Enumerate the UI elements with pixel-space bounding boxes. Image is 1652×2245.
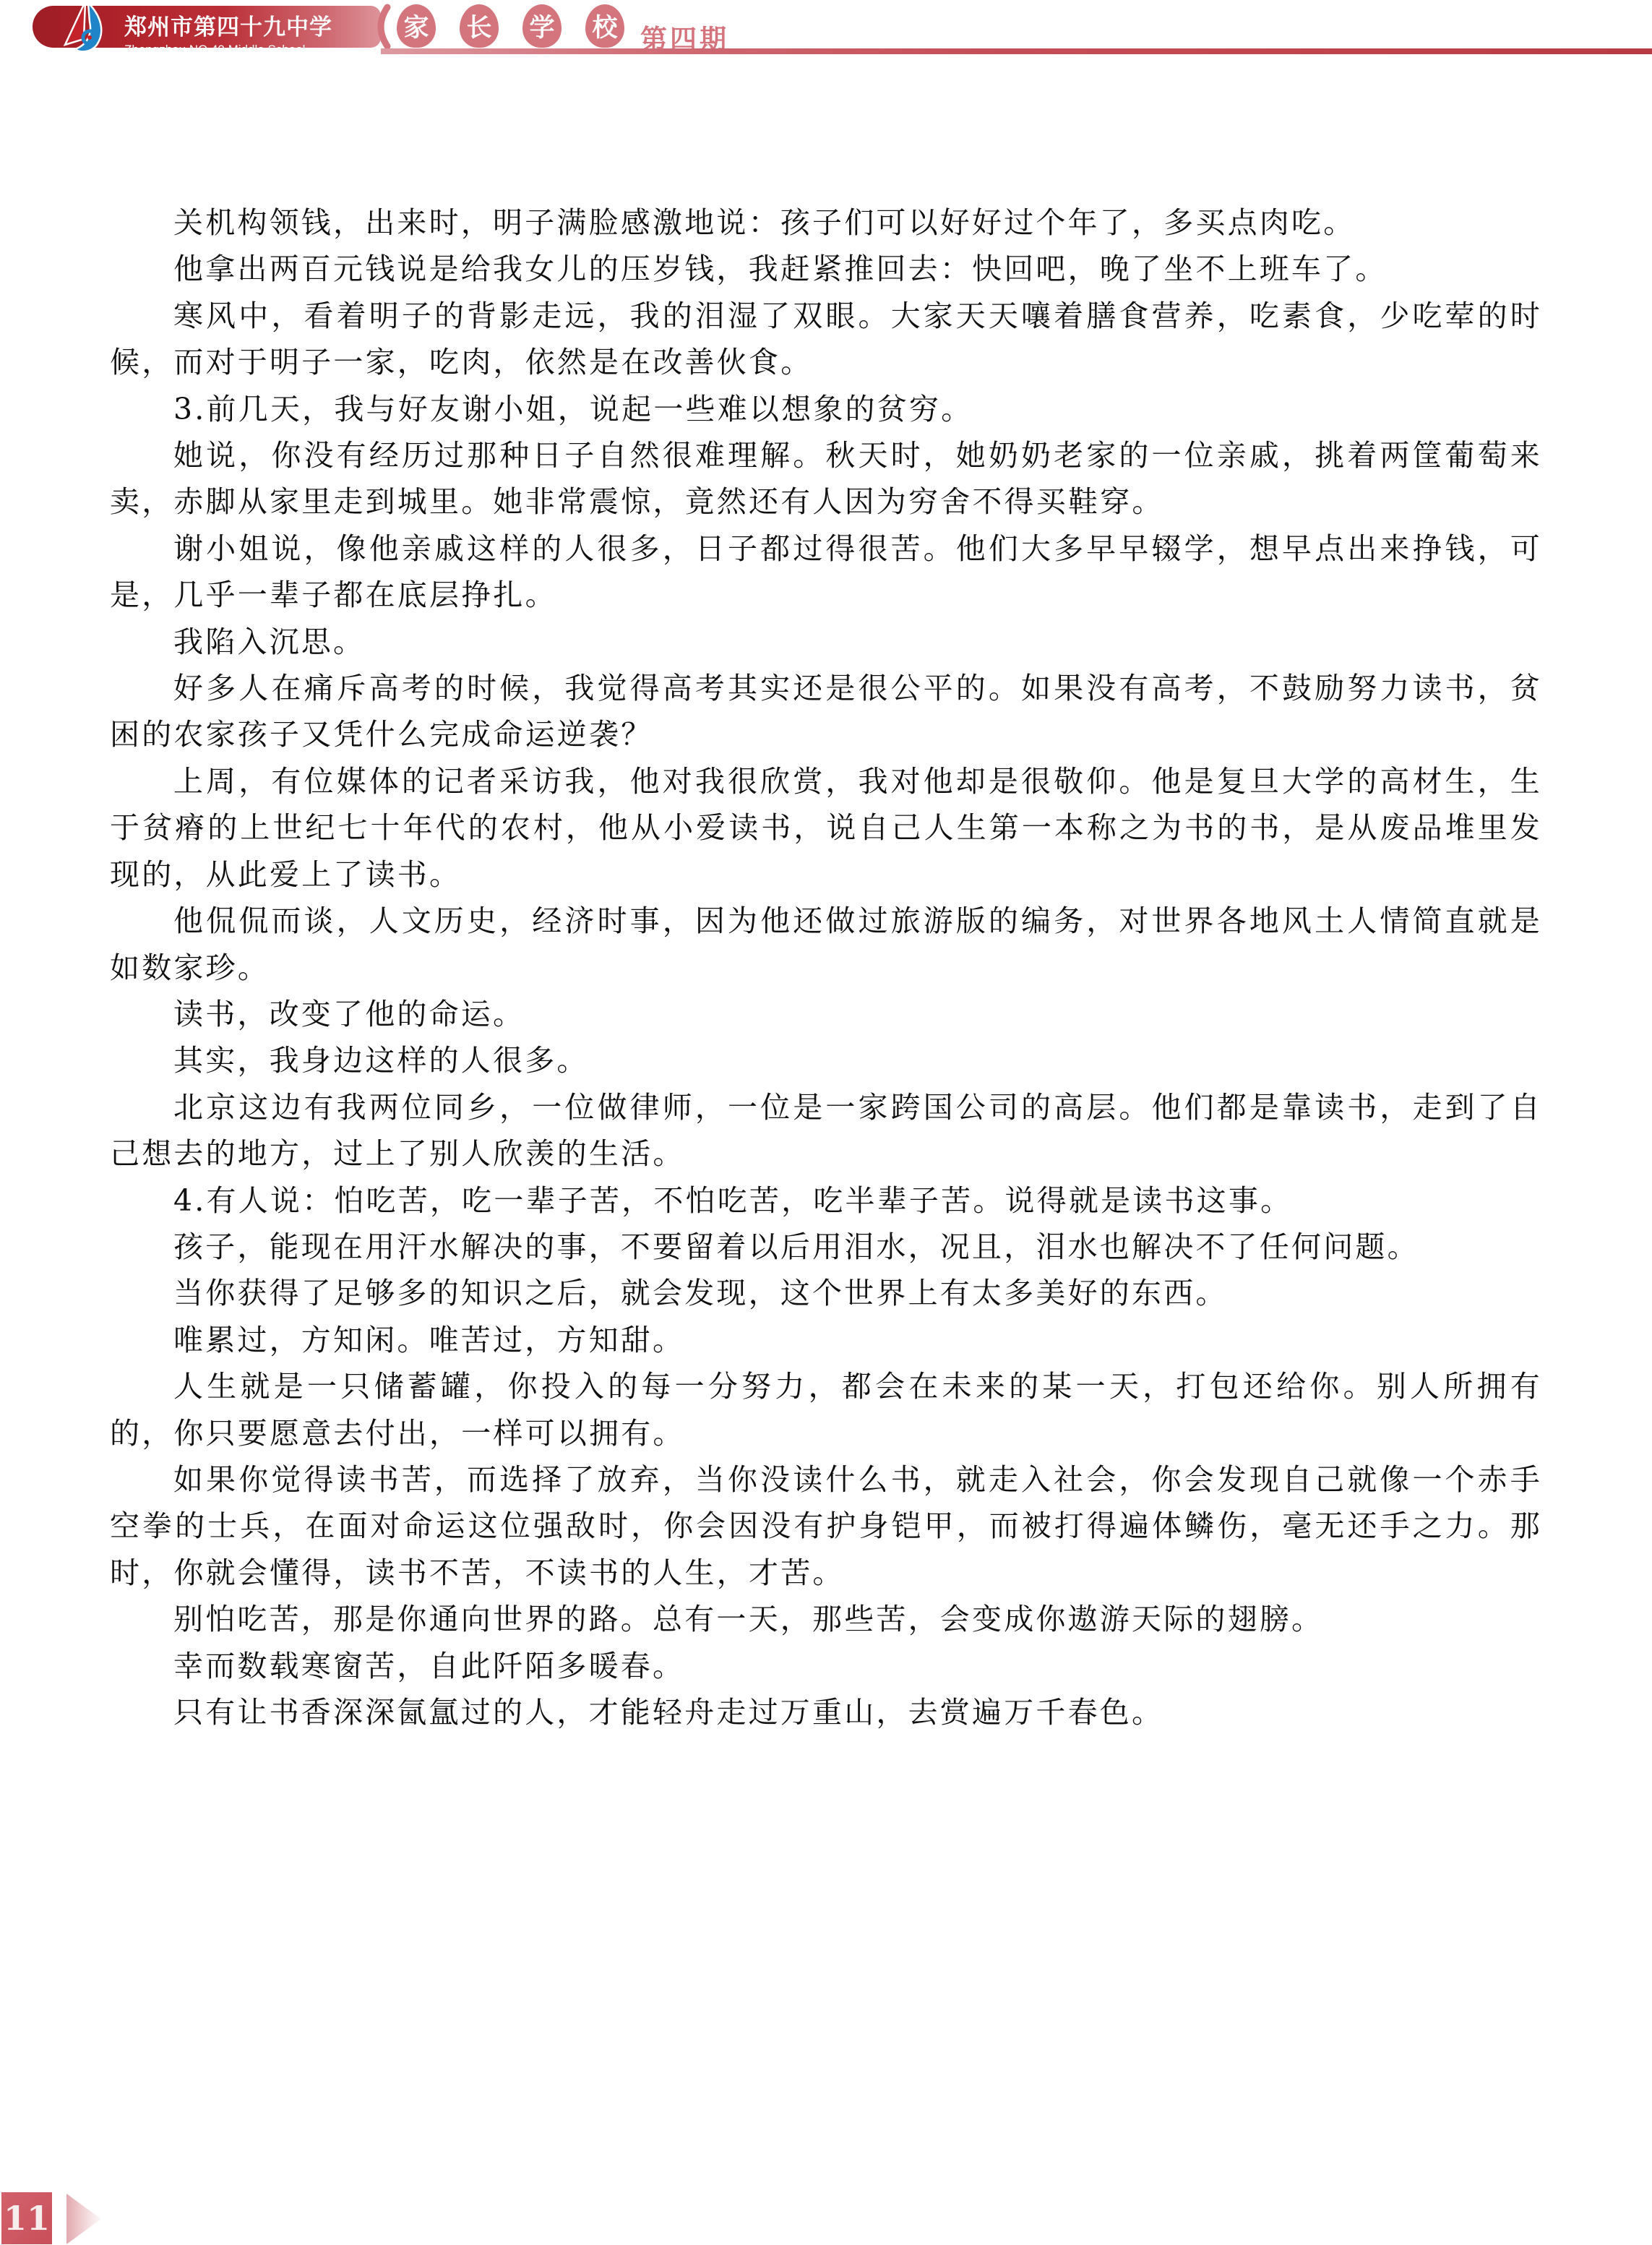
- article-paragraph: 如果你觉得读书苦，而选择了放弃，当你没读什么书，就走入社会，你会发现自己就像一个…: [110, 1456, 1542, 1596]
- article-paragraph: 谢小姐说，像他亲戚这样的人很多，日子都过得很苦。他们大多早早辍学，想早点出来挣钱…: [110, 525, 1542, 619]
- badge-jia: 家: [397, 4, 436, 48]
- masthead-badges: 家 长 学 校: [397, 4, 624, 48]
- article-paragraph: 寒风中，看着明子的背影走远，我的泪湿了双眼。大家天天嚷着膳食营养，吃素食，少吃荤…: [110, 293, 1542, 386]
- article-paragraph: 他侃侃而谈，人文历史，经济时事，因为他还做过旅游版的编务，对世界各地风土人情简直…: [110, 898, 1542, 991]
- article-paragraph: 别怕吃苦，那是你通向世界的路。总有一天，那些苦，会变成你遨游天际的翅膀。: [110, 1596, 1542, 1642]
- page-number: 11: [4, 2199, 50, 2238]
- article-paragraph: 我陷入沉思。: [110, 619, 1542, 665]
- crescent-decoration-icon: [370, 3, 396, 51]
- page-number-badge: 11: [1, 2192, 52, 2244]
- article-text: 关机构领钱，出来时，明子满脸感激地说：孩子们可以好好过个年了，多买点肉吃。他拿出…: [110, 199, 1542, 1735]
- school-name-block: 郑州市第四十九中学 Zhengzhou NO.49 Middle School: [124, 9, 341, 57]
- school-name-cn: 郑州市第四十九中学: [124, 9, 341, 41]
- article-paragraph: 当你获得了足够多的知识之后，就会发现，这个世界上有太多美好的东西。: [110, 1270, 1542, 1316]
- article-paragraph: 幸而数载寒窗苦，自此阡陌多暖春。: [110, 1643, 1542, 1689]
- badge-xiao: 校: [585, 4, 624, 48]
- article-paragraph: 北京这边有我两位同乡，一位做律师，一位是一家跨国公司的高层。他们都是靠读书，走到…: [110, 1084, 1542, 1177]
- badge-xue: 学: [522, 4, 562, 48]
- article-paragraph: 她说，你没有经历过那种日子自然很难理解。秋天时，她奶奶老家的一位亲戚，挑着两筐葡…: [110, 432, 1542, 525]
- article-paragraph: 孩子，能现在用汗水解决的事，不要留着以后用泪水，况且，泪水也解决不了任何问题。: [110, 1224, 1542, 1270]
- article-paragraph: 关机构领钱，出来时，明子满脸感激地说：孩子们可以好好过个年了，多买点肉吃。: [110, 199, 1542, 246]
- article-paragraph: 3.前几天，我与好友谢小姐，说起一些难以想象的贫穷。: [110, 386, 1542, 432]
- article-paragraph: 他拿出两百元钱说是给我女儿的压岁钱，我赶紧推回去：快回吧，晚了坐不上班车了。: [110, 246, 1542, 292]
- newsletter-page: 郑州市第四十九中学 Zhengzhou NO.49 Middle School …: [0, 0, 1652, 2245]
- article-paragraph: 上周，有位媒体的记者采访我，他对我很欣赏，我对他却是很敬仰。他是复旦大学的高材生…: [110, 758, 1542, 898]
- article-paragraph: 只有让书香深深氤氲过的人，才能轻舟走过万重山，去赏遍万千春色。: [110, 1689, 1542, 1735]
- article-paragraph: 读书，改变了他的命运。: [110, 991, 1542, 1037]
- article-paragraph: 4.有人说：怕吃苦，吃一辈子苦，不怕吃苦，吃半辈子苦。说得就是读书这事。: [110, 1177, 1542, 1224]
- header-rule: [381, 48, 1652, 54]
- article-paragraph: 好多人在痛斥高考的时候，我觉得高考其实还是很公平的。如果没有高考，不鼓励努力读书…: [110, 665, 1542, 758]
- article-paragraph: 唯累过，方知闲。唯苦过，方知甜。: [110, 1317, 1542, 1363]
- article-paragraph: 人生就是一只储蓄罐，你投入的每一分努力，都会在未来的某一天，打包还给你。别人所拥…: [110, 1363, 1542, 1456]
- school-logo-49-icon: [49, 0, 127, 58]
- article-paragraph: 其实，我身边这样的人很多。: [110, 1037, 1542, 1083]
- badge-zhang: 长: [460, 4, 499, 48]
- footer-triangle-icon: [66, 2194, 101, 2244]
- school-name-en: Zhengzhou NO.49 Middle School: [124, 43, 341, 57]
- page: { "header": { "school_name_cn": "郑州市第四十九…: [0, 0, 1652, 2245]
